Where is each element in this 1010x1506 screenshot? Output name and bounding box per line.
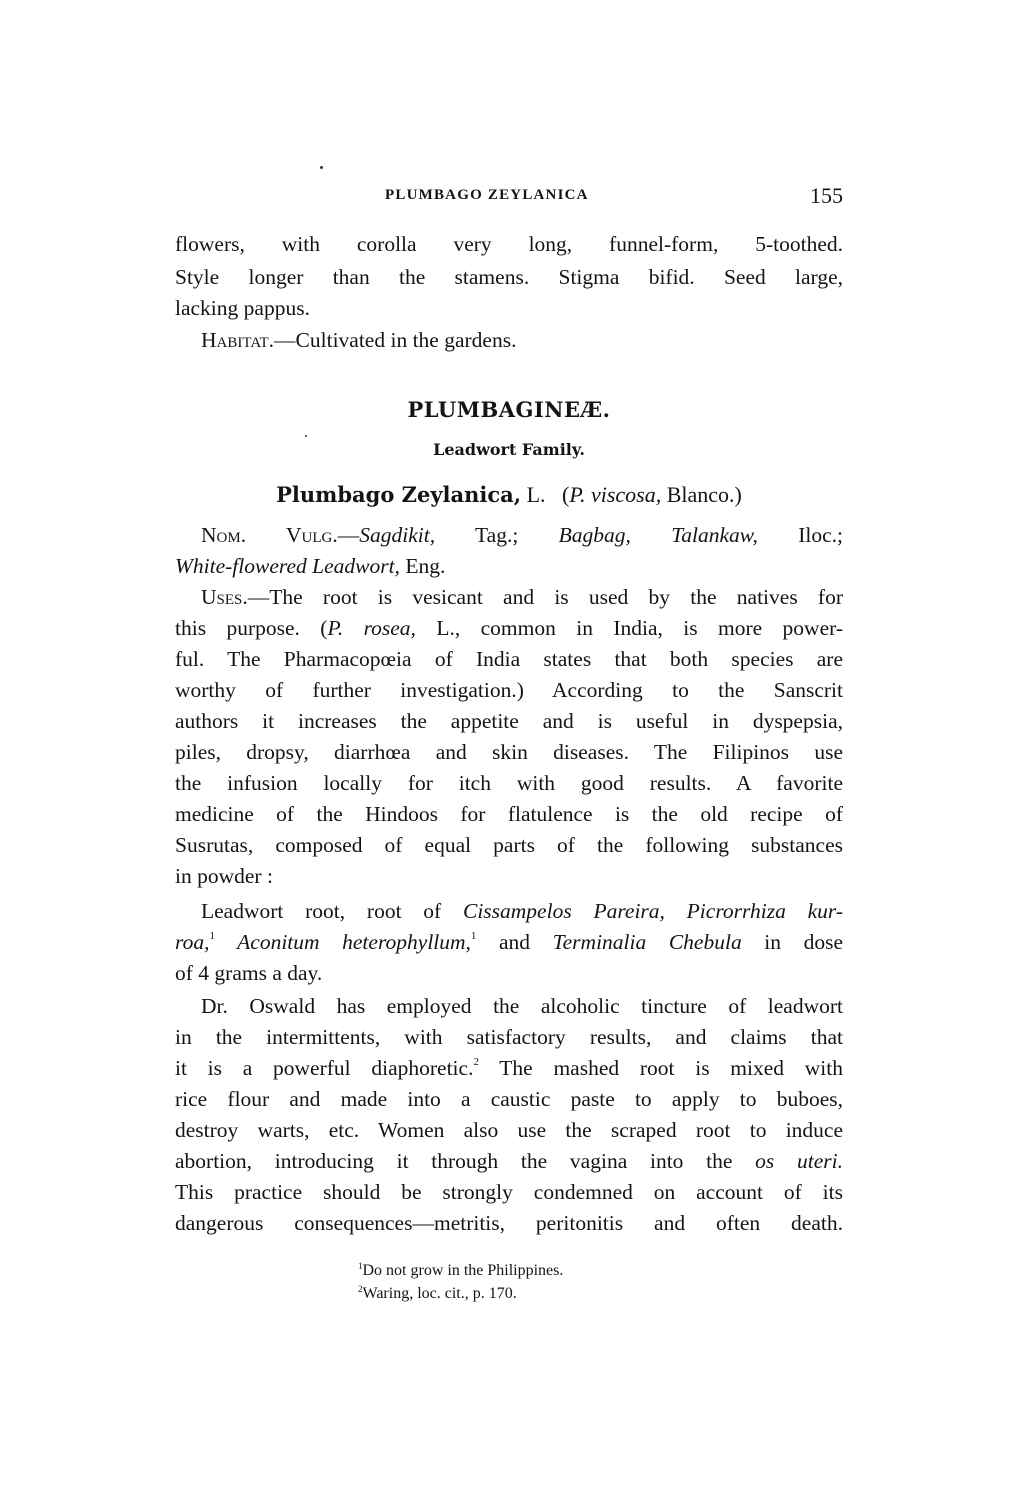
text-span: abortion, introducing it through the vag… [175, 1149, 755, 1173]
text-line: dangerous consequences—metritis, periton… [175, 1208, 843, 1239]
synonym-name: P. viscosa, [569, 482, 661, 507]
text-line: in powder : [175, 861, 843, 892]
species-italic: Terminalia Chebula [553, 930, 742, 954]
text-line: in the intermittents, with satisfactory … [175, 1022, 843, 1053]
species-italic: P. rosea, [327, 616, 415, 640]
running-head: PLUMBAGO ZEYLANICA 155 [175, 183, 843, 209]
habitat-text: —Cultivated in the gardens. [274, 328, 516, 352]
text-line: worthy of further investigation.) Accord… [175, 675, 843, 706]
uses-text: —The root is vesicant and is used by the… [248, 585, 843, 609]
vernacular-name: Talankaw, [671, 523, 758, 547]
species-name: Plumbago Zeylanica, [276, 482, 521, 507]
latin-italic: os uteri. [755, 1149, 843, 1173]
footnote-ref[interactable]: 1 [471, 930, 477, 942]
text-line: it is a powerful diaphoretic.2 The mashe… [175, 1053, 843, 1084]
text-line: destroy warts, etc. Women also use the s… [175, 1115, 843, 1146]
footnote-2: 2Waring, loc. cit., p. 170. [358, 1283, 517, 1305]
print-speck [320, 166, 323, 169]
dash: — [338, 523, 360, 547]
text-line: flowers, with corolla very long, funnel-… [175, 229, 843, 260]
nom-vulg-label: Nom. Vulg. [201, 523, 338, 547]
footnote-text: Do not grow in the Philippines. [363, 1262, 564, 1279]
text-line: lacking pappus. [175, 293, 843, 324]
species-italic: roa, [175, 930, 209, 954]
text-span: in dose [742, 930, 843, 954]
text-line: Susrutas, composed of equal parts of the… [175, 830, 843, 861]
page-number: 155 [810, 183, 843, 209]
footnote-ref[interactable]: 2 [473, 1056, 479, 1068]
footnote-text: Waring, loc. cit., p. 170. [363, 1285, 517, 1302]
uses-label: Uses. [201, 585, 248, 609]
family-heading: PLUMBAGINEÆ. [175, 394, 843, 425]
species-italic: Cissampelos Pareira, Picrorrhiza kur- [463, 899, 843, 923]
text-span: it is a powerful diaphoretic. [175, 1056, 473, 1080]
nom-vulg-line: Nom. Vulg.—Sagdikit, Tag.; Bagbag, Talan… [175, 520, 843, 551]
running-title: PLUMBAGO ZEYLANICA [385, 187, 589, 204]
recipe-line: Leadwort root, root of Cissampelos Parei… [175, 896, 843, 927]
text-line: Dr. Oswald has employed the alcoholic ti… [175, 991, 843, 1022]
species-heading: Plumbago Zeylanica, L. (P. viscosa, Blan… [175, 479, 843, 510]
text-line: medicine of the Hindoos for flatulence i… [175, 799, 843, 830]
text-span: and [476, 930, 552, 954]
text-span: The mashed root is mixed with [479, 1056, 843, 1080]
nom-vulg-line-2: White-flowered Leadwort, Eng. [175, 551, 843, 582]
recipe-line: roa,1 Aconitum heterophyllum,1 and Termi… [175, 927, 843, 958]
footnote-mark: 1 [358, 1261, 363, 1271]
synonym-authority: Blanco.) [661, 482, 742, 507]
text-line: rice flour and made into a caustic paste… [175, 1084, 843, 1115]
language-label: Iloc.; [758, 523, 843, 547]
text-line: ful. The Pharmacopœia of India states th… [175, 644, 843, 675]
text-span: Leadwort root, root of [201, 899, 463, 923]
family-subheading: Leadwort Family. [175, 434, 843, 465]
vernacular-name: Sagdikit, [359, 523, 435, 547]
habitat-line: Habitat.—Cultivated in the gardens. [175, 325, 843, 356]
uses-line: Uses.—The root is vesicant and is used b… [175, 582, 843, 613]
text-line: Style longer than the stamens. Stigma bi… [175, 262, 843, 293]
language-label: Eng. [400, 554, 445, 578]
footnote-1: 1Do not grow in the Philippines. [358, 1260, 563, 1282]
language-label: Tag.; [435, 523, 559, 547]
text-line: piles, dropsy, diarrhœa and skin disease… [175, 737, 843, 768]
text-span: L., common in India, is more power- [416, 616, 843, 640]
species-authority: L. [521, 482, 545, 507]
separator [631, 523, 671, 547]
text-line: this purpose. (P. rosea, L., common in I… [175, 613, 843, 644]
text-line: of 4 grams a day. [175, 958, 843, 989]
species-italic: Aconitum heterophyllum, [215, 930, 471, 954]
vernacular-name: White-flowered Leadwort, [175, 554, 400, 578]
footnote-ref[interactable]: 1 [209, 930, 215, 942]
text-line: abortion, introducing it through the vag… [175, 1146, 843, 1177]
text-line: authors it increases the appetite and is… [175, 706, 843, 737]
text-line: the infusion locally for itch with good … [175, 768, 843, 799]
habitat-label: Habitat. [201, 328, 274, 352]
text-span: this purpose. ( [175, 616, 327, 640]
vernacular-name: Bagbag, [559, 523, 631, 547]
text-line: This practice should be strongly condemn… [175, 1177, 843, 1208]
footnote-mark: 2 [358, 1284, 363, 1294]
